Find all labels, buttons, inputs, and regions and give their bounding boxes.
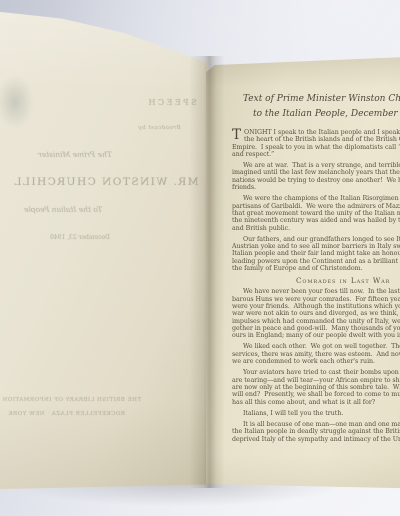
paragraph: We have never been your foes till now. I… (232, 288, 400, 339)
right-page: Text of Prime Minister Winston Churc to … (206, 0, 400, 516)
showthrough-speech: SPEECH (146, 98, 197, 107)
text-line: Your aviators have tried to cast their b… (232, 369, 400, 376)
text-line: imagined until the last few melancholy y… (232, 169, 400, 176)
text-line: the nineteenth century was aided and was… (232, 217, 400, 224)
paragraph: Our fathers, and our grandfathers longed… (232, 236, 400, 272)
text-line: we are condemned to work each other's ru… (232, 358, 400, 365)
paragraph: We are at war. That is a very strange, a… (232, 162, 400, 191)
text-line: that great movement toward the unity of … (232, 210, 400, 217)
embossed-crest (0, 68, 38, 136)
text-line: the heart of the British islands and of … (232, 136, 400, 143)
text-line: Austrian yoke and to see all minor barri… (232, 243, 400, 250)
paragraph: Your aviators have tried to cast their b… (232, 369, 400, 405)
text-line: We have never been your foes till now. I… (232, 288, 400, 295)
text-line: war were not akin to ours and diverged, … (232, 310, 400, 317)
text-line: Italians, I will tell you the truth. (232, 410, 400, 417)
speech-title-line1: Text of Prime Minister Winston Churc (243, 94, 400, 104)
showthrough-prime-minister: The Prime Minister (38, 150, 112, 159)
text-line: are now only at the beginning of this so… (232, 384, 400, 391)
text-line: ONIGHT I speak to the Italian people and… (232, 129, 400, 136)
paragraph: We liked each other. We got on well toge… (232, 343, 400, 365)
text-line: barous Huns we were your comrades. For f… (232, 296, 400, 303)
showthrough-italian-people: To the Italian People (24, 205, 102, 214)
showthrough-broadcast-by: Broadcast by (138, 125, 181, 131)
text-line: We are at war. That is a very strange, a… (232, 162, 400, 169)
showthrough-imprint-line1: THE BRITISH LIBRARY OF INFORMATION (2, 397, 141, 403)
text-line: partisans of Garibaldi. We were the admi… (232, 203, 400, 210)
text-line: deprived Italy of the sympathy and intim… (232, 436, 400, 443)
text-line: will end? Presently, we shall be forced … (232, 391, 400, 398)
text-line: the Italian people in deadly struggle ag… (232, 428, 400, 435)
text-line: has all this come about, and what is it … (232, 399, 400, 406)
text-line: Empire. I speak to you in what the diplo… (232, 144, 400, 151)
section-heading: Comrades in Last War (296, 276, 400, 285)
text-line: gether in peace and good-will. Many thou… (232, 325, 400, 332)
text-line: and British public. (232, 225, 400, 232)
text-line: friends. (232, 184, 400, 191)
drop-cap: T (232, 129, 241, 143)
showthrough-churchill: MR. WINSTON CHURCHILL (13, 176, 199, 188)
showthrough-date: December 23, 1940 (50, 234, 110, 241)
text-line: were your friends. Although the institut… (232, 303, 400, 310)
showthrough-imprint-line2: ROCKEFELLER PLAZA · NEW YORK (8, 411, 125, 417)
text-line: Our fathers, and our grandfathers longed… (232, 236, 400, 243)
text-line: leading powers upon the Continent and as… (232, 258, 400, 265)
speech-title-line2: to the Italian People, December 23r (253, 109, 400, 119)
paragraph: Italians, I will tell you the truth. (232, 410, 400, 417)
text-line: We liked each other. We got on well toge… (232, 343, 400, 350)
text-line: are tearing—and will tear—your African e… (232, 377, 400, 384)
text-line: the family of Europe and of Christendom. (232, 265, 400, 272)
text-line: We were the champions of the Italian Ris… (232, 195, 400, 202)
text-line: nations would be trying to destroy one a… (232, 177, 400, 184)
text-line: and respect.” (232, 151, 400, 158)
paragraph: We were the champions of the Italian Ris… (232, 195, 400, 231)
paragraph: It is all because of one man—one man and… (232, 421, 400, 443)
paragraph: TONIGHT I speak to the Italian people an… (232, 129, 400, 158)
text-line: ours in England; many of our people dwel… (232, 332, 400, 339)
pamphlet-photo: SPEECH Broadcast by The Prime Minister M… (0, 0, 400, 516)
left-page: SPEECH Broadcast by The Prime Minister M… (0, 0, 207, 516)
body-text: TONIGHT I speak to the Italian people an… (232, 129, 400, 447)
text-line: It is all because of one man—one man and… (232, 421, 400, 428)
text-line: Italian people and their fair land might… (232, 250, 400, 257)
text-line: services, there was amity, there was est… (232, 351, 400, 358)
text-line: impulses which had commanded the unity o… (232, 318, 400, 325)
